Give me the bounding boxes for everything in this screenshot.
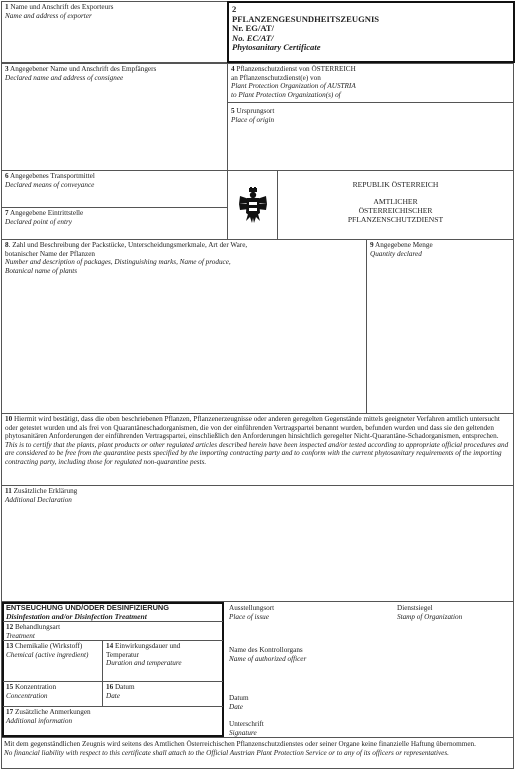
field-label-de: Ursprungsort xyxy=(236,107,274,115)
field-6-means-of-conveyance[interactable]: 6 Angegebenes Transportmittel Declared m… xyxy=(1,170,228,208)
disclaimer-en: No financial liability with respect to t… xyxy=(4,749,511,758)
field-label-en: Duration and temperature xyxy=(106,659,220,668)
field-label-de: Unterschrift xyxy=(229,720,393,729)
place-of-issue[interactable]: Ausstellungsort Place of issue xyxy=(226,603,396,643)
field-label-en: Place of origin xyxy=(231,116,510,125)
field-number: 12 xyxy=(6,623,13,631)
authority-line-4: PFLANZENSCHUTZDIENST xyxy=(278,215,513,224)
field-14-duration-temperature[interactable]: 14 Einwirkungsdauer und Temperatur Durat… xyxy=(103,641,223,682)
field-label-de: Name und Anschrift des Exporteurs xyxy=(10,3,113,11)
authority-line-2: AMTLICHER xyxy=(278,197,513,206)
field-label-en: Name and address of exporter xyxy=(5,12,224,21)
treatment-header-en: Disinfestation and/or Disinfection Treat… xyxy=(6,613,220,622)
field-2-certificate-title: 2 PFLANZENGESUNDHEITSZEUGNIS Nr. EG/AT/ … xyxy=(227,1,515,63)
field-1-exporter[interactable]: 1 Name und Anschrift des Exporteurs Name… xyxy=(1,1,228,63)
field-number: 7 xyxy=(5,209,9,217)
field-8-package-description[interactable]: 8. Zahl und Beschreibung der Packstücke,… xyxy=(1,239,367,414)
field-number: 5 xyxy=(231,107,235,115)
field-number: 10 xyxy=(5,415,12,423)
field-label-de: . Zahl und Beschreibung der Packstücke, … xyxy=(9,241,248,249)
issuing-authority: REPUBLIK ÖSTERREICH AMTLICHER ÖSTERREICH… xyxy=(277,170,514,240)
field-number: 17 xyxy=(6,708,13,716)
field-label-en: Declared name and address of consignee xyxy=(5,74,224,83)
field-9-quantity-declared[interactable]: 9 Angegebene Menge Quantity declared xyxy=(366,239,514,414)
field-label-en: Date xyxy=(106,692,220,701)
field-17-additional-information[interactable]: 17 Zusätzliche Anmerkungen Additional in… xyxy=(3,707,223,736)
field-label-en: Stamp of Organization xyxy=(397,613,509,622)
field-number: 13 xyxy=(6,642,13,650)
field-label-de: Angegebene Eintrittstelle xyxy=(10,209,83,217)
field-label-en: Chemical (active ingredient) xyxy=(6,651,99,660)
statement-de: Hiermit wird bestätigt, dass die oben be… xyxy=(5,415,500,440)
field-5-place-of-origin[interactable]: 5 Ursprungsort Place of origin xyxy=(227,102,514,171)
field-label-en: Additional Declaration xyxy=(5,496,510,505)
field-label-en: Number and description of packages, Dist… xyxy=(5,258,363,267)
field-label-en: Signature xyxy=(229,729,393,738)
field-label-en: Declared point of entry xyxy=(5,218,224,227)
field-number: 15 xyxy=(6,683,13,691)
issue-date[interactable]: Datum Date xyxy=(226,693,396,713)
field-4-plant-protection-org[interactable]: 4 Pflanzenschutzdienst von ÖSTERREICH an… xyxy=(227,63,514,103)
austrian-eagle-icon xyxy=(238,187,268,225)
certificate-title-en: Phytosanitary Certificate xyxy=(232,43,510,53)
authorized-officer-name[interactable]: Name des Kontrollorgans Name of authoriz… xyxy=(226,645,396,685)
field-label-en: Declared means of conveyance xyxy=(5,181,224,190)
field-label-en-2: Botanical name of plants xyxy=(5,267,363,276)
field-label-de: Behandlungsart xyxy=(15,623,60,631)
field-12-treatment[interactable]: 12 Behandlungsart Treatment xyxy=(3,622,223,641)
field-label-de: Ausstellungsort xyxy=(229,604,393,613)
stamp-of-organization[interactable]: Dienstsiegel Stamp of Organization xyxy=(394,603,512,643)
authority-line-3: ÖSTERREICHISCHER xyxy=(278,206,513,215)
field-label-en: Additional information xyxy=(6,717,220,726)
liability-disclaimer: Mit dem gegenständlichen Zeugnis wird se… xyxy=(1,737,514,769)
field-label-de-2: Temperatur xyxy=(106,651,220,660)
field-label-de: Name des Kontrollorgans xyxy=(229,646,393,655)
field-label-de: Datum xyxy=(229,694,393,703)
field-label-de-2: an Pflanzenschutzdienst(e) von xyxy=(231,74,510,83)
field-10-certification-statement: 10 Hiermit wird bestätigt, dass die oben… xyxy=(1,413,514,486)
authority-line-1: REPUBLIK ÖSTERREICH xyxy=(278,180,513,189)
field-label-en-2: to Plant Protection Organization(s) of xyxy=(231,91,510,100)
field-label-en: Date xyxy=(229,703,393,712)
field-number: 14 xyxy=(106,642,113,650)
field-16-date[interactable]: 16 Datum Date xyxy=(103,682,223,707)
field-number: 4 xyxy=(231,65,235,73)
field-number: 9 xyxy=(370,241,374,249)
treatment-header: ENTSEUCHUNG UND/ODER DESINFIZIERUNG Disi… xyxy=(3,603,223,622)
field-label-de: Konzentration xyxy=(15,683,56,691)
field-label-de: Angegebene Menge xyxy=(375,241,433,249)
disclaimer-de: Mit dem gegenständlichen Zeugnis wird se… xyxy=(4,740,511,749)
statement-en: This is to certify that the plants, plan… xyxy=(5,441,510,467)
field-number: 3 xyxy=(5,65,9,73)
field-13-chemical[interactable]: 13 Chemikalie (Wirkstoff) Chemical (acti… xyxy=(3,641,103,682)
field-label-de-2: botanischer Name der Pflanzen xyxy=(5,250,363,259)
field-number: 11 xyxy=(5,487,12,495)
field-label-en: Name of authorized officer xyxy=(229,655,393,664)
field-3-consignee[interactable]: 3 Angegebener Name und Anschrift des Emp… xyxy=(1,63,228,171)
field-label-de: Pflanzenschutzdienst von ÖSTERREICH xyxy=(236,65,355,73)
field-number: 1 xyxy=(5,3,9,11)
field-number: 6 xyxy=(5,172,9,180)
field-label-de: Angegebener Name und Anschrift des Empfä… xyxy=(10,65,156,73)
field-label-de: Datum xyxy=(115,683,135,691)
field-label-de: Angegebenes Transportmittel xyxy=(10,172,95,180)
field-number: 16 xyxy=(106,683,113,691)
field-label-en: Quantity declared xyxy=(370,250,510,259)
field-label-de: Zusätzliche Anmerkungen xyxy=(15,708,91,716)
field-label-en: Concentration xyxy=(6,692,99,701)
field-label-en: Treatment xyxy=(6,632,220,641)
field-label-en: Place of issue xyxy=(229,613,393,622)
field-15-concentration[interactable]: 15 Konzentration Concentration xyxy=(3,682,103,707)
field-label-de: Dienstsiegel xyxy=(397,604,509,613)
field-label-de: Chemikalie (Wirkstoff) xyxy=(15,642,82,650)
field-11-additional-declaration[interactable]: 11 Zusätzliche Erklärung Additional Decl… xyxy=(1,485,514,602)
field-label-en: Plant Protection Organization of AUSTRIA xyxy=(231,82,510,91)
coat-of-arms-cell xyxy=(227,170,278,240)
field-7-point-of-entry[interactable]: 7 Angegebene Eintrittstelle Declared poi… xyxy=(1,207,228,240)
signature[interactable]: Unterschrift Signature xyxy=(226,719,396,737)
field-label-de: Zusätzliche Erklärung xyxy=(14,487,78,495)
field-label-de: Einwirkungsdauer und xyxy=(115,642,180,650)
